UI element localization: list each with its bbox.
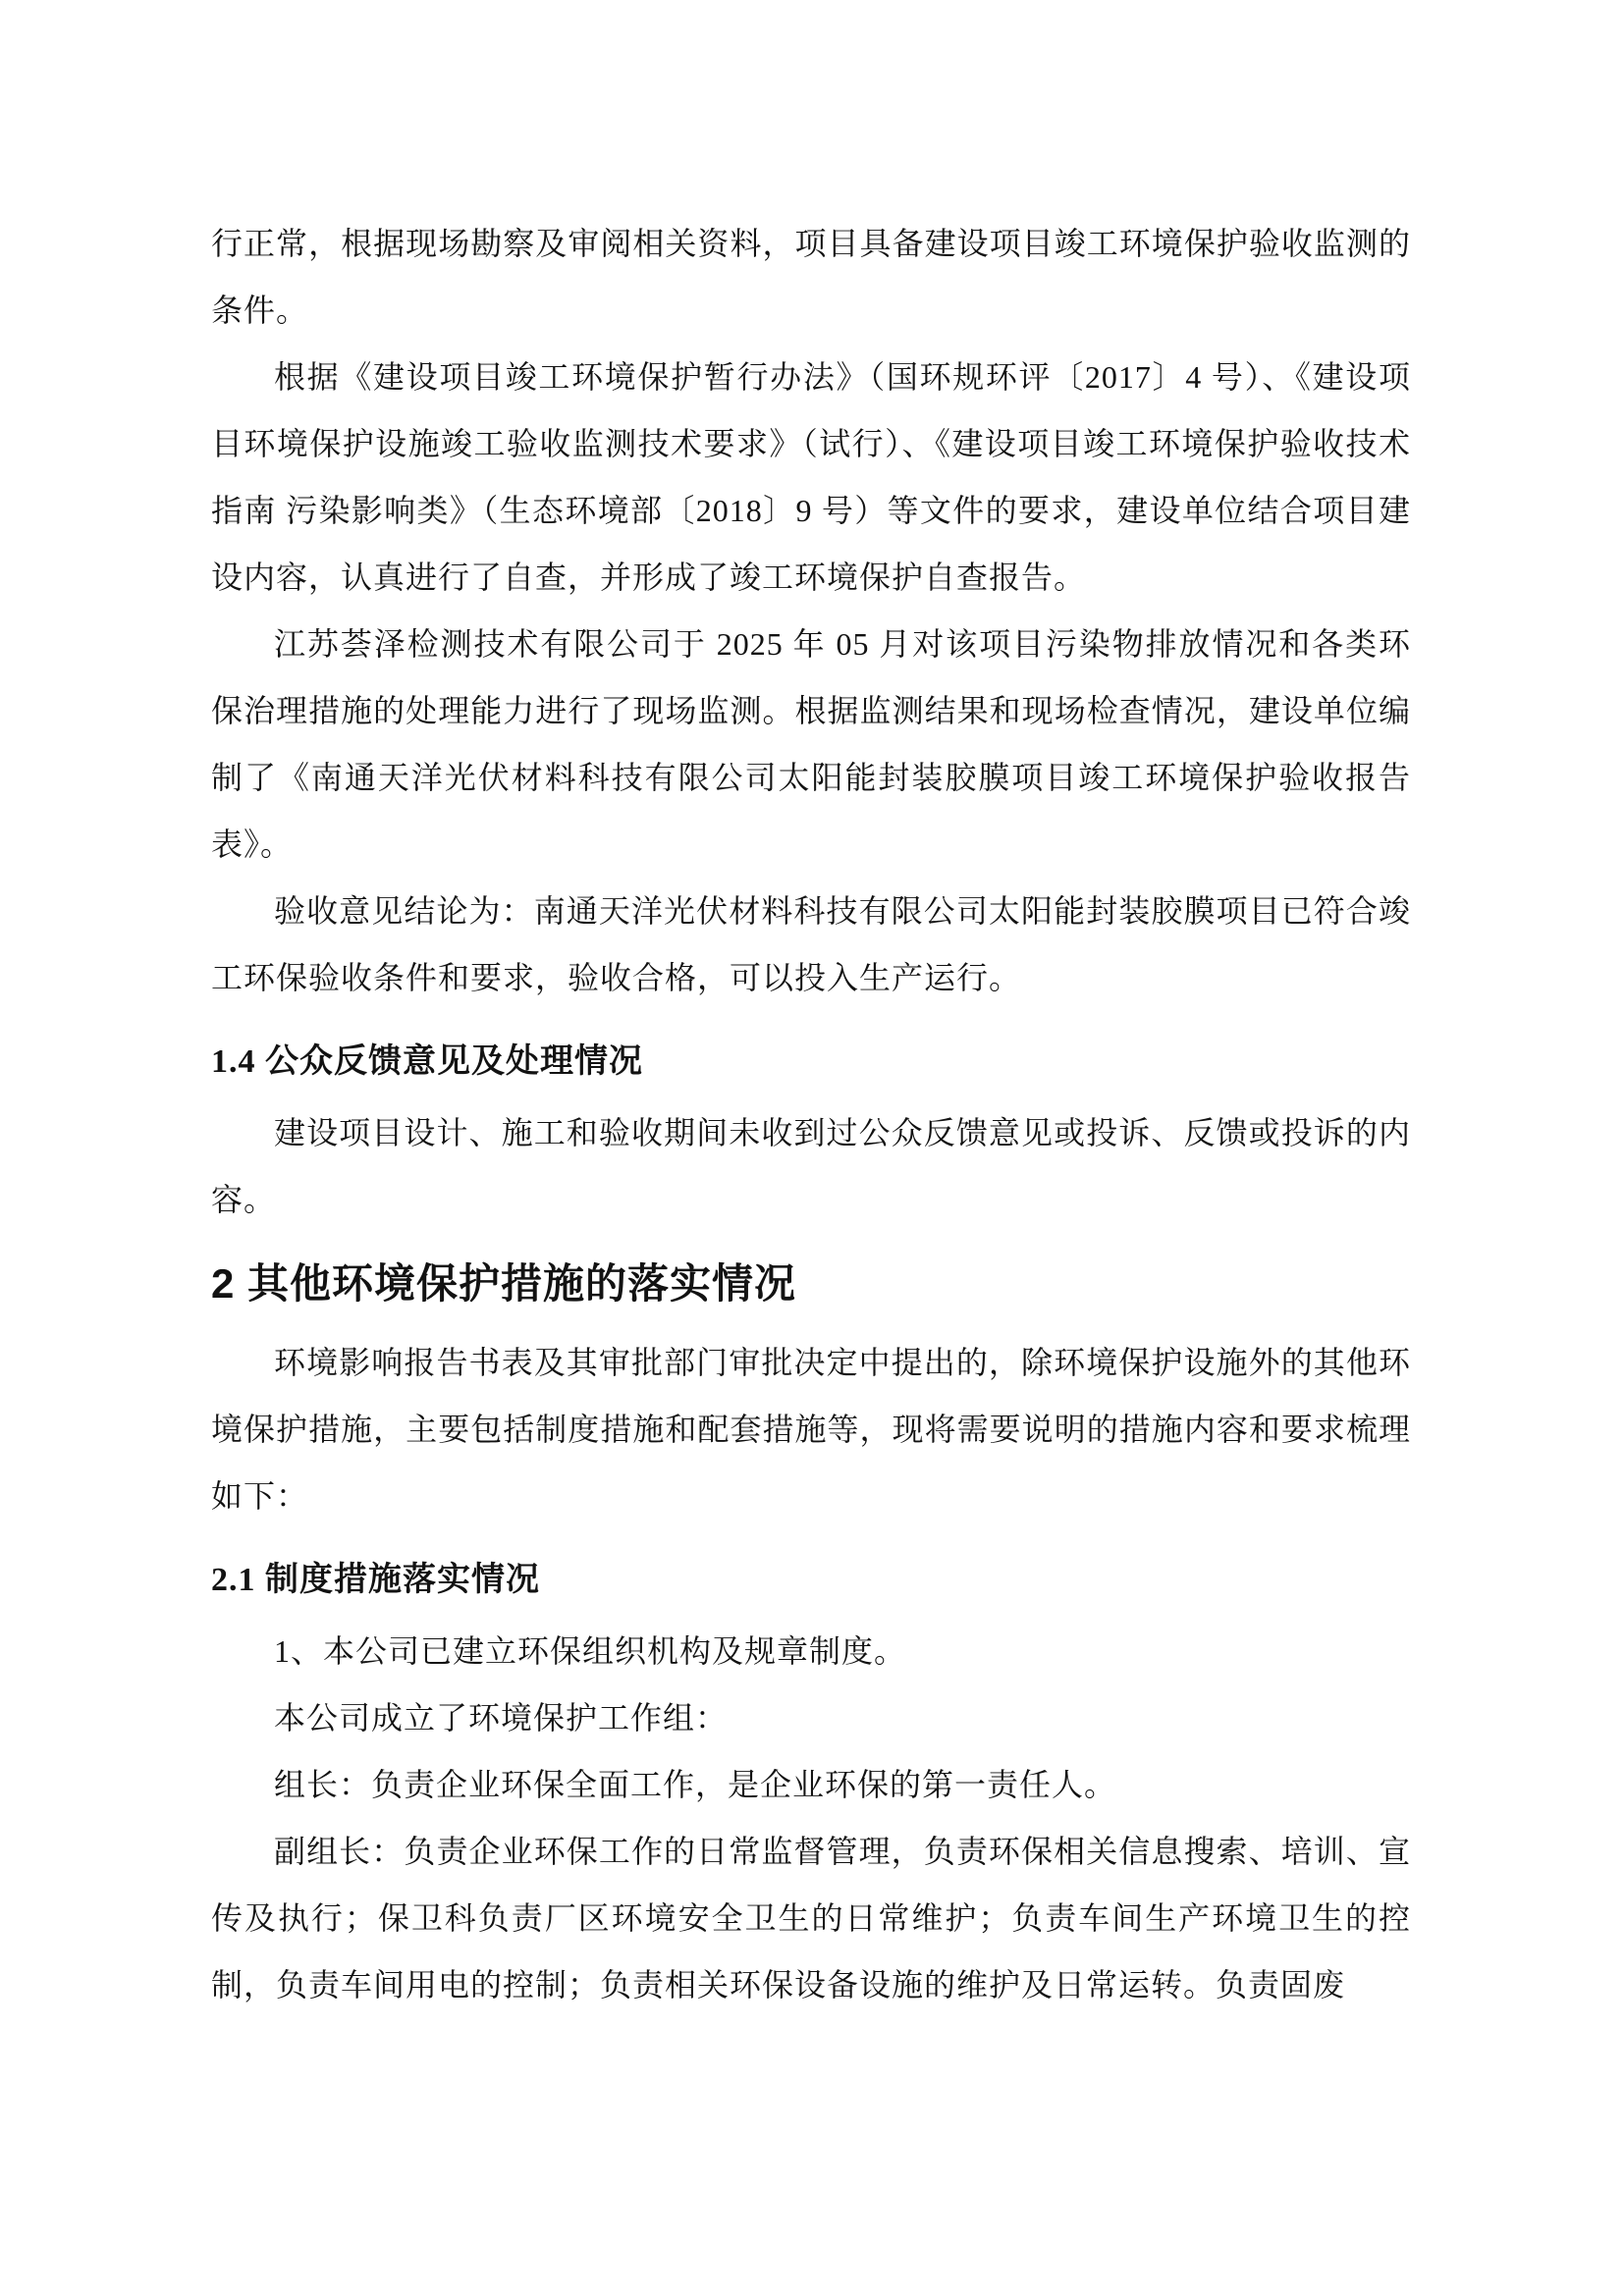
- paragraph-regulatory-basis: 根据《建设项目竣工环境保护暂行办法》（国环规环评〔2017〕4 号）、《建设项目…: [211, 344, 1411, 611]
- paragraph-acceptance-conditions: 行正常，根据现场勘察及审阅相关资料，项目具备建设项目竣工环境保护验收监测的条件。: [211, 210, 1411, 344]
- section-heading-1-4-public-feedback: 1.4 公众反馈意见及处理情况: [211, 1029, 1411, 1095]
- paragraph-public-feedback-content: 建设项目设计、施工和验收期间未收到过公众反馈意见或投诉、反馈或投诉的内容。: [211, 1099, 1411, 1233]
- paragraph-group-leader: 组长：负责企业环保全面工作，是企业环保的第一责任人。: [211, 1751, 1411, 1818]
- paragraph-org-structure: 1、本公司已建立环保组织机构及规章制度。: [211, 1618, 1411, 1684]
- paragraph-acceptance-conclusion: 验收意见结论为：南通天洋光伏材料科技有限公司太阳能封装胶膜项目已符合竣工环保验收…: [211, 878, 1411, 1011]
- section-heading-2-1-system-measures: 2.1 制度措施落实情况: [211, 1547, 1411, 1614]
- chapter-heading-2-other-measures: 2 其他环境保护措施的落实情况: [211, 1247, 1411, 1321]
- document-page: 行正常，根据现场勘察及审阅相关资料，项目具备建设项目竣工环境保护验收监测的条件。…: [0, 0, 1624, 2296]
- paragraph-monitoring-company: 江苏荟泽检测技术有限公司于 2025 年 05 月对该项目污染物排放情况和各类环…: [211, 611, 1411, 878]
- document-body: 行正常，根据现场勘察及审阅相关资料，项目具备建设项目竣工环境保护验收监测的条件。…: [211, 210, 1411, 2018]
- paragraph-other-measures-intro: 环境影响报告书表及其审批部门审批决定中提出的，除环境保护设施外的其他环境保护措施…: [211, 1329, 1411, 1529]
- paragraph-work-group: 本公司成立了环境保护工作组：: [211, 1684, 1411, 1751]
- paragraph-deputy-leader: 副组长：负责企业环保工作的日常监督管理，负责环保相关信息搜索、培训、宣传及执行；…: [211, 1818, 1411, 2018]
